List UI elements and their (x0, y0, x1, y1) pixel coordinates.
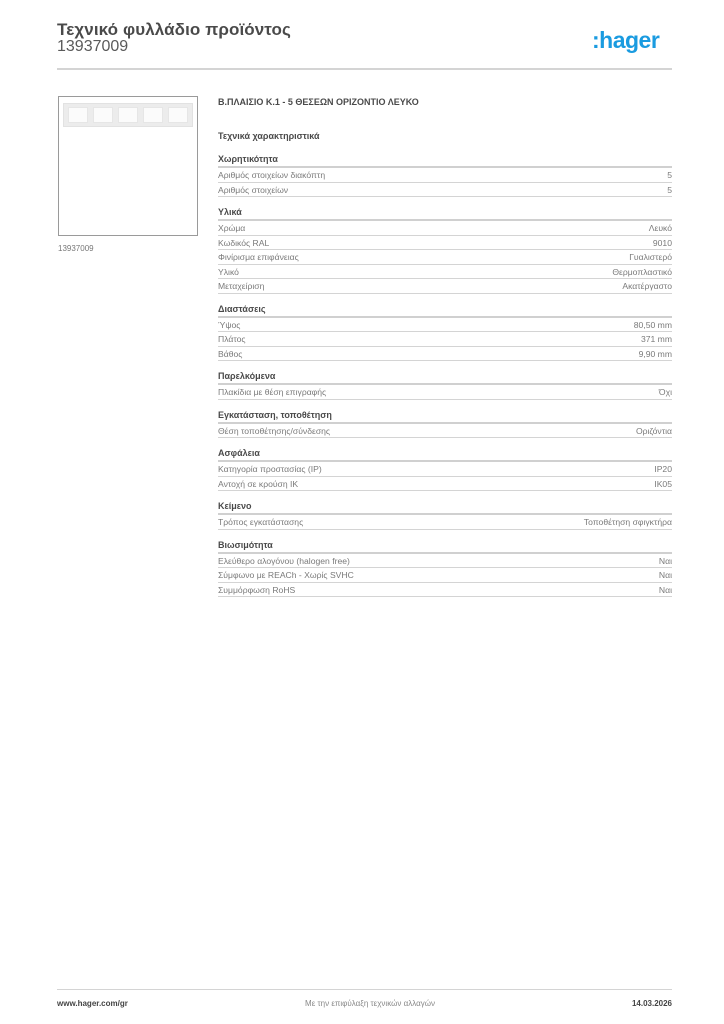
frame-slot (118, 107, 138, 123)
spec-label: Μεταχείριση (218, 281, 264, 291)
spec-value: Ναι (659, 570, 672, 580)
section-title: Κείμενο (218, 501, 672, 515)
spec-value: Ναι (659, 556, 672, 566)
spec-value: 9010 (653, 238, 672, 248)
spec-content: Β.ΠΛΑΙΣΙΟ Κ.1 - 5 ΘΕΣΕΩΝ ΟΡΙΖΟΝΤΙΟ ΛΕΥΚΟ… (218, 97, 672, 607)
spec-value: 80,50 mm (634, 320, 672, 330)
spec-row: Πλακίδια με θέση επιγραφήςΌχι (218, 385, 672, 400)
spec-value: Γυαλιστερό (629, 252, 672, 262)
frame-slot (168, 107, 188, 123)
spec-label: Αριθμός στοιχείων (218, 185, 288, 195)
spec-section: ΔιαστάσειςΎψος80,50 mmΠλάτος371 mmΒάθος9… (218, 304, 672, 362)
tech-characteristics-heading: Τεχνικά χαρακτηριστικά (218, 131, 672, 143)
section-title: Βιωσιμότητα (218, 540, 672, 554)
spec-value: Τοποθέτηση σφιγκτήρα (584, 517, 672, 527)
spec-value: Ακατέργαστο (622, 281, 672, 291)
section-title: Διαστάσεις (218, 304, 672, 318)
spec-value: 371 mm (641, 334, 672, 344)
spec-section: ΧωρητικότηταΑριθμός στοιχείων διακόπτη5Α… (218, 154, 672, 197)
product-name: Β.ΠΛΑΙΣΙΟ Κ.1 - 5 ΘΕΣΕΩΝ ΟΡΙΖΟΝΤΙΟ ΛΕΥΚΟ (218, 97, 672, 109)
spec-row: Αριθμός στοιχείων διακόπτη5 (218, 168, 672, 183)
section-title: Χωρητικότητα (218, 154, 672, 168)
spec-label: Κατηγορία προστασίας (IP) (218, 464, 322, 474)
spec-label: Θέση τοποθέτησης/σύνδεσης (218, 426, 330, 436)
spec-label: Τρόπος εγκατάστασης (218, 517, 303, 527)
section-title: Εγκατάσταση, τοποθέτηση (218, 410, 672, 424)
spec-section: ΚείμενοΤρόπος εγκατάστασηςΤοποθέτηση σφι… (218, 501, 672, 530)
spec-value: Οριζόντια (636, 426, 672, 436)
spec-section: ΒιωσιμότηταΕλεύθερο αλογόνου (halogen fr… (218, 540, 672, 598)
frame-slot (93, 107, 113, 123)
spec-section: ΑσφάλειαΚατηγορία προστασίας (IP)IP20Αντ… (218, 448, 672, 491)
spec-row: ΧρώμαΛευκό (218, 221, 672, 236)
spec-label: Βάθος (218, 349, 242, 359)
spec-row: Κωδικός RAL9010 (218, 236, 672, 251)
section-title: Υλικά (218, 207, 672, 221)
hager-logo: :hager (592, 28, 659, 52)
spec-row: ΥλικόΘερμοπλαστικό (218, 265, 672, 280)
spec-section: ΥλικάΧρώμαΛευκόΚωδικός RAL9010Φινίρισμα … (218, 207, 672, 294)
spec-row: Σύμφωνο με REACh - Χωρίς SVHCΝαι (218, 568, 672, 583)
spec-row: Φινίρισμα επιφάνειαςΓυαλιστερό (218, 250, 672, 265)
spec-value: IK05 (654, 479, 672, 489)
spec-row: Θέση τοποθέτησης/σύνδεσηςΟριζόντια (218, 424, 672, 439)
footer-disclaimer: Με την επιφύλαξη τεχνικών αλλαγών (0, 999, 724, 1008)
spec-row: Ύψος80,50 mm (218, 318, 672, 333)
spec-label: Φινίρισμα επιφάνειας (218, 252, 299, 262)
spec-value: 5 (667, 170, 672, 180)
spec-label: Πλακίδια με θέση επιγραφής (218, 387, 326, 397)
product-code: 13937009 (57, 38, 128, 56)
spec-value: Ναι (659, 585, 672, 595)
spec-row: Πλάτος371 mm (218, 332, 672, 347)
spec-label: Ελεύθερο αλογόνου (halogen free) (218, 556, 350, 566)
spec-row: Κατηγορία προστασίας (IP)IP20 (218, 462, 672, 477)
section-title: Ασφάλεια (218, 448, 672, 462)
spec-value: 9,90 mm (639, 349, 672, 359)
spec-label: Ύψος (218, 320, 240, 330)
frame-slot (143, 107, 163, 123)
spec-row: Αντοχή σε κρούση IKIK05 (218, 477, 672, 492)
spec-label: Υλικό (218, 267, 239, 277)
spec-value: 5 (667, 185, 672, 195)
spec-row: Ελεύθερο αλογόνου (halogen free)Ναι (218, 554, 672, 569)
product-image (58, 96, 198, 236)
spec-row: ΜεταχείρισηΑκατέργαστο (218, 279, 672, 294)
image-caption: 13937009 (58, 244, 94, 253)
spec-label: Σύμφωνο με REACh - Χωρίς SVHC (218, 570, 354, 580)
footer-divider (57, 989, 672, 990)
spec-row: Συμμόρφωση RoHSΝαι (218, 583, 672, 598)
header-divider (57, 68, 672, 70)
spec-sections: ΧωρητικότηταΑριθμός στοιχείων διακόπτη5Α… (218, 154, 672, 597)
spec-value: IP20 (654, 464, 672, 474)
frame-slot (68, 107, 88, 123)
frame-illustration (63, 103, 193, 127)
spec-row: Αριθμός στοιχείων5 (218, 183, 672, 198)
spec-label: Αντοχή σε κρούση IK (218, 479, 298, 489)
spec-section: ΠαρελκόμεναΠλακίδια με θέση επιγραφήςΌχι (218, 371, 672, 400)
spec-label: Κωδικός RAL (218, 238, 269, 248)
spec-row: Βάθος9,90 mm (218, 347, 672, 362)
spec-value: Θερμοπλαστικό (612, 267, 672, 277)
spec-label: Χρώμα (218, 223, 245, 233)
spec-value: Όχι (659, 387, 672, 397)
document-title: Τεχνικό φυλλάδιο προϊόντος (57, 20, 291, 40)
spec-section: Εγκατάσταση, τοποθέτησηΘέση τοποθέτησης/… (218, 410, 672, 439)
spec-label: Αριθμός στοιχείων διακόπτη (218, 170, 325, 180)
spec-value: Λευκό (649, 223, 672, 233)
section-title: Παρελκόμενα (218, 371, 672, 385)
spec-label: Πλάτος (218, 334, 246, 344)
footer-date: 14.03.2026 (632, 999, 672, 1008)
spec-row: Τρόπος εγκατάστασηςΤοποθέτηση σφιγκτήρα (218, 515, 672, 530)
spec-label: Συμμόρφωση RoHS (218, 585, 295, 595)
